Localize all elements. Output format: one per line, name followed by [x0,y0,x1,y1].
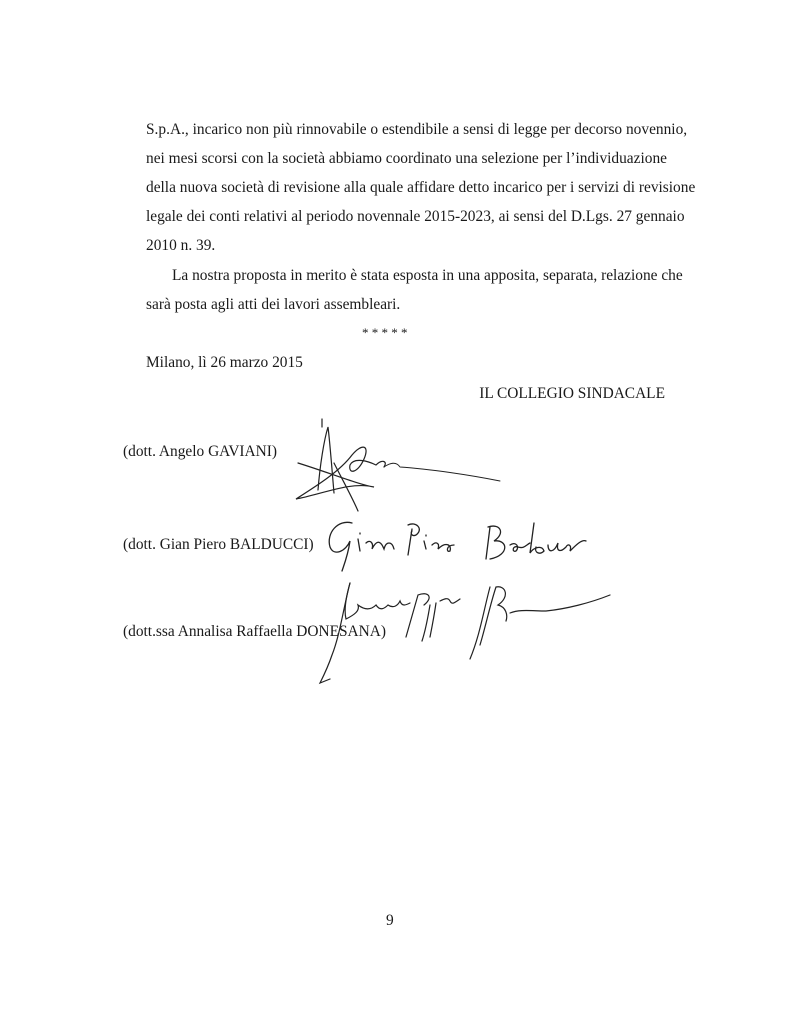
paragraph1-line: legale dei conti relativi al periodo nov… [146,208,665,226]
paragraph2-line: sarà posta agli atti dei lavori assemble… [146,296,400,314]
paragraph2-line: La nostra proposta in merito è stata esp… [172,267,665,285]
paragraph1-line: della nuova società di revisione alla qu… [146,179,665,197]
section-separator: * * * * * [362,324,408,342]
paragraph1-line: 2010 n. 39. [146,237,215,255]
place-date: Milano, lì 26 marzo 2015 [146,354,303,372]
signature-gaviani [290,415,510,515]
paragraph1-line: S.p.A., incarico non più rinnovabile o e… [146,121,665,139]
signing-body-title: IL COLLEGIO SINDACALE [479,385,665,403]
signature-balducci [320,515,600,575]
page-number: 9 [386,912,394,930]
signature-donesana [310,575,620,685]
signatory-name: (dott. Angelo GAVIANI) [123,443,277,461]
signatory-name: (dott. Gian Piero BALDUCCI) [123,536,314,554]
paragraph1-line: nei mesi scorsi con la società abbiamo c… [146,150,665,168]
